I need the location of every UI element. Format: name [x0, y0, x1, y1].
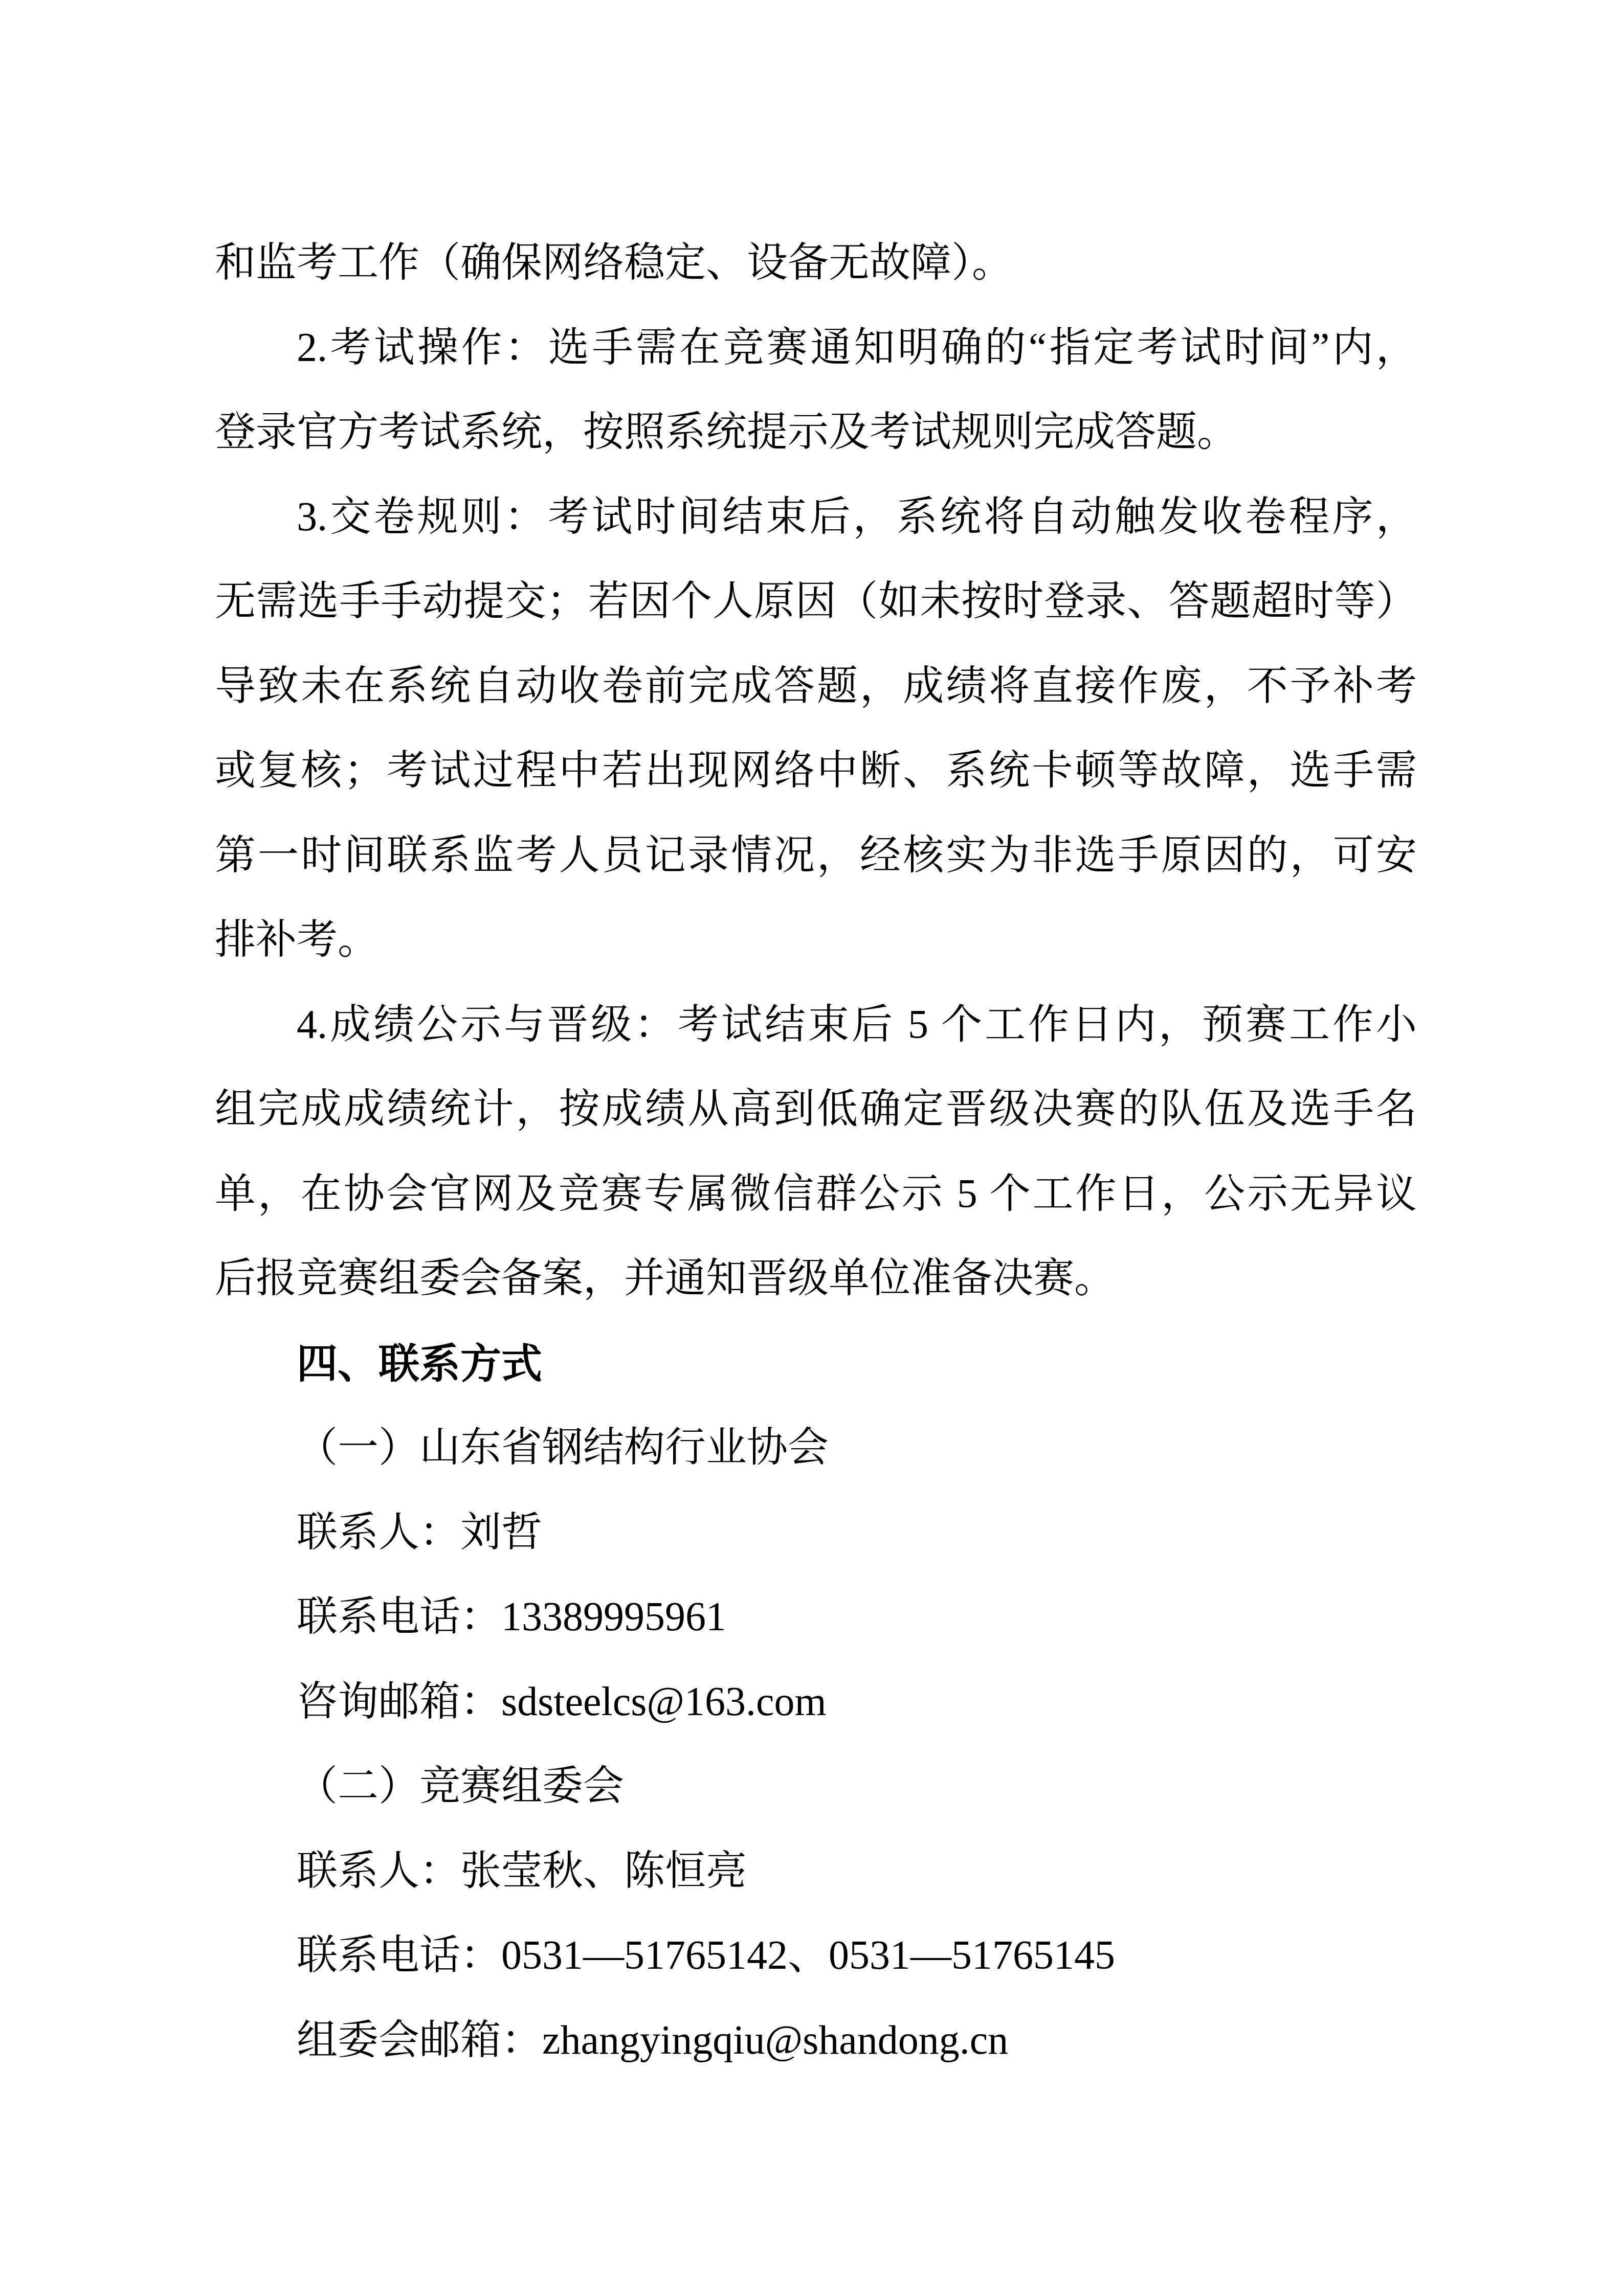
- section-heading: 四、联系方式: [215, 1321, 1417, 1406]
- document-line: 3.交卷规则：考试时间结束后，系统将自动触发收卷程序，: [215, 475, 1417, 560]
- document-line: 2.考试操作：选手需在竞赛通知明确的“指定考试时间”内，: [215, 306, 1417, 391]
- document-line: 或复核；考试过程中若出现网络中断、系统卡顿等故障，选手需: [215, 729, 1417, 814]
- document-line: 单，在协会官网及竞赛专属微信群公示 5 个工作日，公示无异议: [215, 1152, 1417, 1237]
- document-line: 后报竞赛组委会备案，并通知晋级单位准备决赛。: [215, 1236, 1417, 1321]
- document-line: 和监考工作（确保网络稳定、设备无故障）。: [215, 221, 1417, 306]
- document-page: 和监考工作（确保网络稳定、设备无故障）。2.考试操作：选手需在竞赛通知明确的“指…: [0, 0, 1624, 2296]
- document-line: 联系人：张莹秋、陈恒亮: [215, 1829, 1417, 1914]
- document-line: 4.成绩公示与晋级：考试结束后 5 个工作日内，预赛工作小: [215, 983, 1417, 1068]
- document-line: 无需选手手动提交；若因个人原因（如未按时登录、答题超时等）: [215, 559, 1417, 644]
- document-line: （一）山东省钢结构行业协会: [215, 1406, 1417, 1491]
- document-line: 联系电话：0531—51765142、0531—51765145: [215, 1914, 1417, 1998]
- document-line: 导致未在系统自动收卷前完成答题，成绩将直接作废，不予补考: [215, 644, 1417, 729]
- document-line: 组委会邮箱：zhangyingqiu@shandong.cn: [215, 1998, 1417, 2083]
- document-line: 联系电话：13389995961: [215, 1575, 1417, 1660]
- text-block: 和监考工作（确保网络稳定、设备无故障）。2.考试操作：选手需在竞赛通知明确的“指…: [215, 221, 1417, 2083]
- document-line: 登录官方考试系统，按照系统提示及考试规则完成答题。: [215, 390, 1417, 475]
- document-line: （二）竞赛组委会: [215, 1744, 1417, 1829]
- document-line: 咨询邮箱：sdsteelcs@163.com: [215, 1660, 1417, 1745]
- document-line: 组完成成绩统计，按成绩从高到低确定晋级决赛的队伍及选手名: [215, 1067, 1417, 1152]
- document-line: 排补考。: [215, 898, 1417, 983]
- document-line: 联系人：刘哲: [215, 1491, 1417, 1575]
- document-line: 第一时间联系监考人员记录情况，经核实为非选手原因的，可安: [215, 814, 1417, 898]
